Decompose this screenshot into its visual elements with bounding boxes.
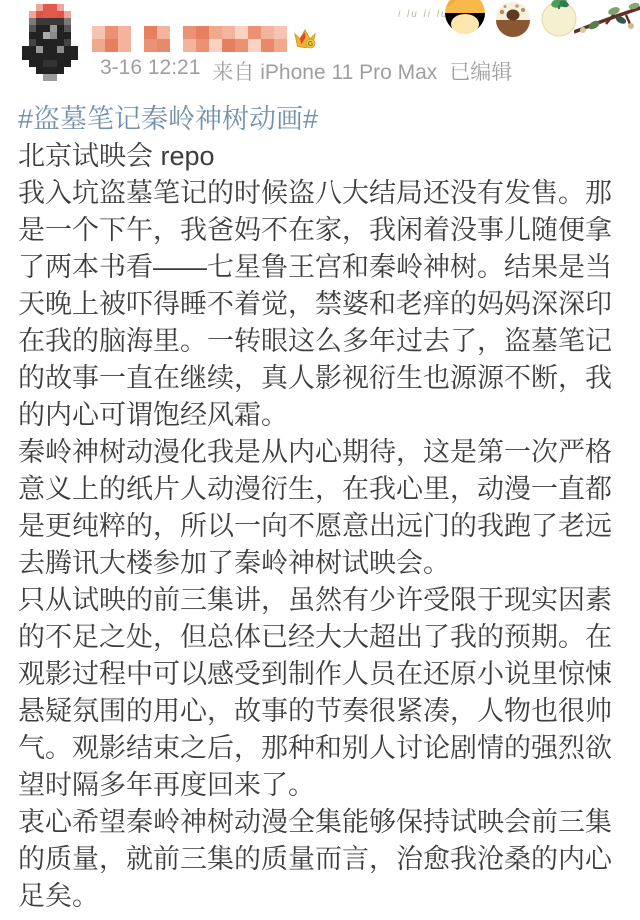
post-text-line: 去腾讯大楼参加了秦岭神树试映会。 [18, 545, 626, 582]
post-meta: 3-16 12:21 来自 iPhone 11 Pro Max 已编辑 [100, 56, 512, 86]
timestamp: 3-16 12:21 [100, 56, 200, 86]
post-text-line: 观影过程中可以感受到制作人员在还原小说里惊悚 [18, 656, 626, 693]
post-text-line: 的故事一直在继续，真人影视衍生也源源不断，我 [18, 360, 626, 397]
svg-text:G: G [308, 41, 314, 48]
post-text-line: 秦岭神树动漫化我是从内心期待，这是第一次严格 [18, 434, 626, 471]
svip-crown-icon: G [292, 26, 318, 52]
post-text-line: 的质量，就前三集的质量而言，治愈我沧桑的内心 [18, 841, 626, 878]
post-text-line: 意义上的纸片人动漫衍生，在我心里，动漫一直都 [18, 471, 626, 508]
post-text-line: 衷心希望秦岭神树动漫全集能够保持试映会前三集 [18, 804, 626, 841]
weibo-post-screen: G 3-16 12:21 来自 iPhone 11 Pro Max 已编辑 i … [0, 0, 640, 920]
chick-orange-icon [440, 0, 490, 41]
edited-label: 已编辑 [449, 56, 512, 86]
post-text-line: 足矣。 [18, 878, 626, 915]
post-text-line: 气。观影结束之后，那种和别人讨论剧情的强烈欲 [18, 730, 626, 767]
coconut-bun-icon [492, 0, 534, 43]
post-text-line: 我入坑盗墓笔记的时候盗八大结局还没有发售。那 [18, 175, 626, 212]
username-redacted[interactable] [92, 26, 288, 52]
avatar[interactable] [22, 4, 88, 84]
post-text-line: 是更纯粹的，所以一向不愿意出远门的我跑了老远 [18, 508, 626, 545]
branch-with-leaves-icon [574, 0, 640, 45]
post-text-line: 在我的脑海里。一转眼这么多年过去了，盗墓笔记 [18, 323, 626, 360]
username-mosaic [92, 26, 105, 39]
post-text-line: 的不足之处，但总体已经大大超出了我的预期。在 [18, 619, 626, 656]
post-text-line: 只从试映的前三集讲，虽然有少许受限于现实因素 [18, 582, 626, 619]
hashtag-link[interactable]: #盗墓笔记秦岭神树动画# [18, 101, 626, 138]
post-text-line: 天晚上被吓得睡不着觉，禁婆和老痒的妈妈深深印 [18, 286, 626, 323]
post-body: #盗墓笔记秦岭神树动画#北京试映会 repo我入坑盗墓笔记的时候盗八大结局还没有… [18, 101, 626, 915]
post-text-line: 悬疑氛围的用心，故事的节奏很紧凑，人物也很帅 [18, 693, 626, 730]
post-text-line: 的内心可谓饱经风霜。 [18, 397, 626, 434]
post-text-line: 是一个下午，我爸妈不在家，我闲着没事儿随便拿 [18, 212, 626, 249]
post-text-line: 了两本书看——七星鲁王宫和秦岭神树。结果是当 [18, 249, 626, 286]
avatar-mosaic [22, 4, 29, 11]
post-text-line: 望时隔多年再度回来了。 [18, 767, 626, 804]
post-text-line: 北京试映会 repo [18, 138, 626, 175]
source-link[interactable]: 来自 iPhone 11 Pro Max [212, 56, 437, 86]
